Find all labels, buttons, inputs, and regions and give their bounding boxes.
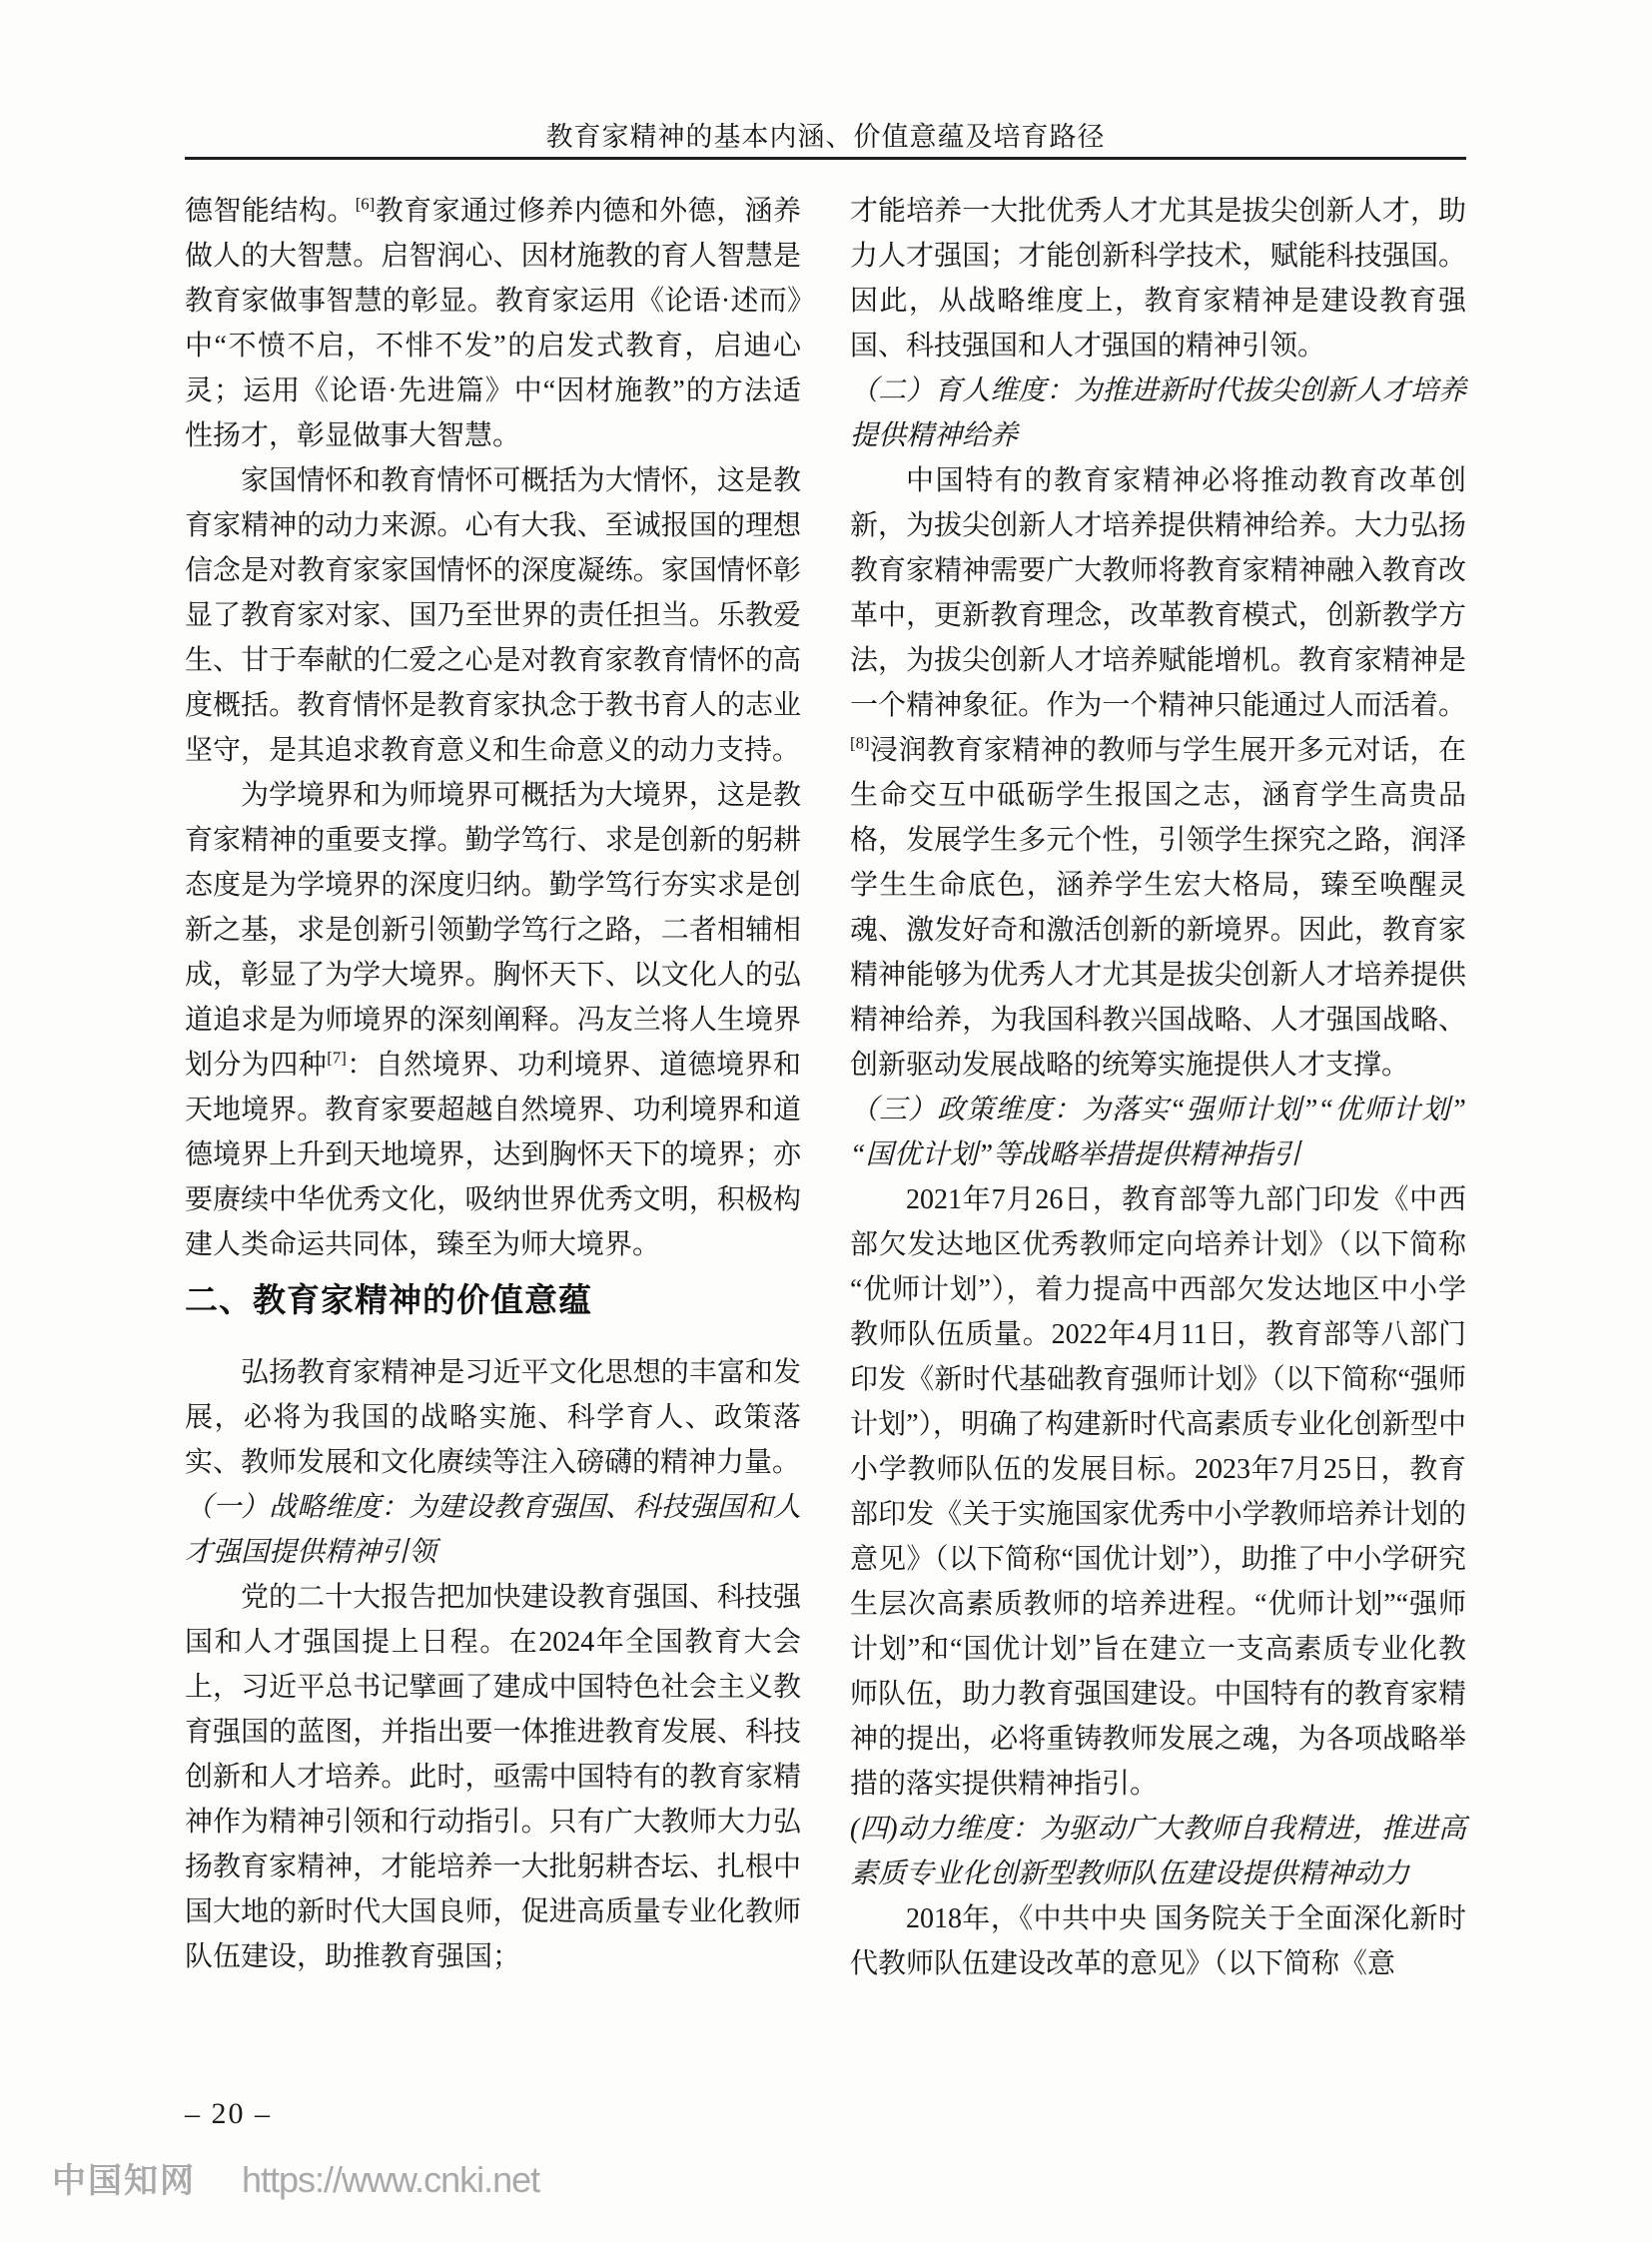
left-column: 德智能结构。[6]教育家通过修养内德和外德，涵养做人的大智慧。启智润心、因材施教… xyxy=(185,189,801,1986)
section-heading: 二、教育家精神的价值意蕴 xyxy=(185,1276,801,1324)
subsection-heading: (四)动力维度：为驱动广大教师自我精进，推进高素质专业化创新型教师队伍建设提供精… xyxy=(850,1807,1466,1896)
page-header: 教育家精神的基本内涵、价值意蕴及培育路径 xyxy=(185,120,1466,160)
page-number: – 20 – xyxy=(185,2097,272,2131)
text-run: 教育家通过修养内德和外德，涵养做人的大智慧。启智润心、因材施教的育人智慧是教育家… xyxy=(185,196,801,451)
paragraph: 家国情怀和教育情怀可概括为大情怀，这是教育家精神的动力来源。心有大我、至诚报国的… xyxy=(185,458,801,773)
text-run: 弘扬教育家精神是习近平文化思想的丰富和发展，必将为我国的战略实施、科学育人、政策… xyxy=(185,1357,801,1478)
subsection-heading: （三）政策维度：为落实“强师计划”“优师计划”“国优计划”等战略举措提供精神指引 xyxy=(850,1088,1466,1177)
cnki-url-text: https://www.cnki.net xyxy=(242,2159,539,2201)
text-run: 浸润教育家精神的教师与学生展开多元对话，在生命交互中砥砺学生报国之志，涵育学生高… xyxy=(850,735,1466,1081)
paragraph: 中国特有的教育家精神必将推动教育改革创新，为拔尖创新人才培养提供精神给养。大力弘… xyxy=(850,458,1466,1088)
paragraph: 才能培养一大批优秀人才尤其是拔尖创新人才，助力人才强国；才能创新科学技术，赋能科… xyxy=(850,189,1466,369)
text-run: （三）政策维度：为落实“强师计划”“优师计划”“国优计划”等战略举措提供精神指引 xyxy=(850,1095,1466,1170)
paragraph: 党的二十大报告把加快建设教育强国、科技强国和人才强国提上日程。在2024年全国教… xyxy=(185,1575,801,1979)
text-run: 中国特有的教育家精神必将推动教育改革创新，为拔尖创新人才培养提供精神给养。大力弘… xyxy=(850,465,1466,721)
text-run: 家国情怀和教育情怀可概括为大情怀，这是教育家精神的动力来源。心有大我、至诚报国的… xyxy=(185,465,801,766)
running-head-title: 教育家精神的基本内涵、价值意蕴及培育路径 xyxy=(185,120,1466,154)
cnki-logo-text: 中国知网 xyxy=(52,2153,196,2202)
cnki-watermark: 中国知网 https://www.cnki.net xyxy=(52,2153,539,2202)
text-run: (四)动力维度：为驱动广大教师自我精进，推进高素质专业化创新型教师队伍建设提供精… xyxy=(850,1814,1466,1889)
paragraph: 为学境界和为师境界可概括为大境界，这是教育家精神的重要支撑。勤学笃行、求是创新的… xyxy=(185,773,801,1267)
subsection-heading: （二）育人维度：为推进新时代拔尖创新人才培养提供精神给养 xyxy=(850,369,1466,458)
text-run: 德智能结构。 xyxy=(185,196,356,227)
text-run: ：自然境界、功利境界、道德境界和天地境界。教育家要超越自然境界、功利境界和道德境… xyxy=(185,1050,801,1260)
paragraph: 德智能结构。[6]教育家通过修养内德和外德，涵养做人的大智慧。启智润心、因材施教… xyxy=(185,189,801,458)
footnote-ref: [7] xyxy=(327,1049,347,1068)
paper-page: 教育家精神的基本内涵、价值意蕴及培育路径 德智能结构。[6]教育家通过修养内德和… xyxy=(0,0,1652,2242)
text-run: 党的二十大报告把加快建设教育强国、科技强国和人才强国提上日程。在2024年全国教… xyxy=(185,1582,801,1972)
text-run: 为学境界和为师境界可概括为大境界，这是教育家精神的重要支撑。勤学笃行、求是创新的… xyxy=(185,780,801,1081)
text-run: （一）战略维度：为建设教育强国、科技强国和人才强国提供精神引领 xyxy=(185,1492,801,1568)
footnote-ref: [6] xyxy=(356,195,376,214)
text-run: 2021年7月26日，教育部等九部门印发《中西部欠发达地区优秀教师定向培养计划》… xyxy=(850,1184,1466,1800)
article-body: 德智能结构。[6]教育家通过修养内德和外德，涵养做人的大智慧。启智润心、因材施教… xyxy=(185,189,1466,1986)
paragraph: 2018年，《中共中央 国务院关于全面深化新时代教师队伍建设改革的意见》（以下简… xyxy=(850,1896,1466,1986)
text-run: 才能培养一大批优秀人才尤其是拔尖创新人才，助力人才强国；才能创新科学技术，赋能科… xyxy=(850,196,1466,362)
right-column: 才能培养一大批优秀人才尤其是拔尖创新人才，助力人才强国；才能创新科学技术，赋能科… xyxy=(850,189,1466,1986)
subsection-heading: （一）战略维度：为建设教育强国、科技强国和人才强国提供精神引领 xyxy=(185,1485,801,1575)
footnote-ref: [8] xyxy=(850,734,870,753)
paragraph: 弘扬教育家精神是习近平文化思想的丰富和发展，必将为我国的战略实施、科学育人、政策… xyxy=(185,1350,801,1485)
text-run: （二）育人维度：为推进新时代拔尖创新人才培养提供精神给养 xyxy=(850,375,1466,451)
paragraph: 2021年7月26日，教育部等九部门印发《中西部欠发达地区优秀教师定向培养计划》… xyxy=(850,1177,1466,1807)
text-run: 2018年，《中共中央 国务院关于全面深化新时代教师队伍建设改革的意见》（以下简… xyxy=(850,1903,1466,1979)
